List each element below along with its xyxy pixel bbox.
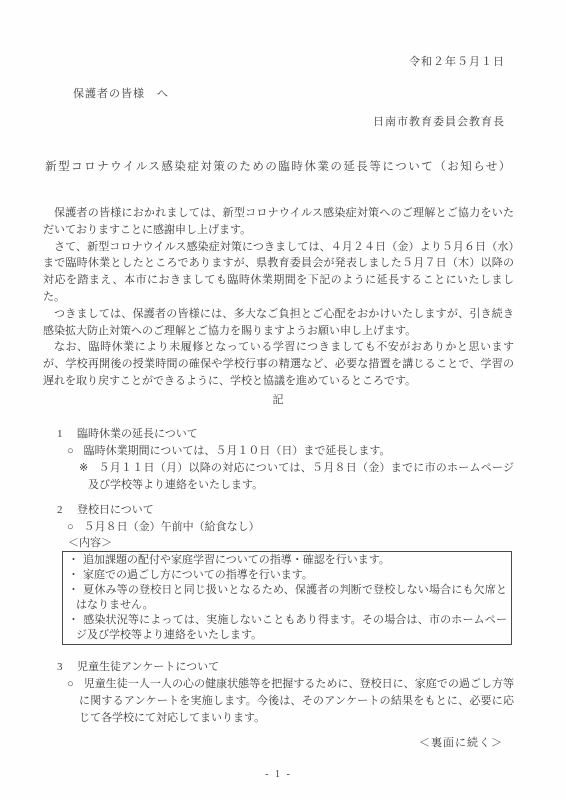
box-item: ・感染状況等によっては、実施しないこともあり得ます。その場合は、市のホームページ…: [63, 613, 507, 643]
section-attendance-day: 2登校日について ○５月８日（金）午前中（給食なし） ＜内容＞ ・追加課題の配付…: [43, 502, 514, 646]
document-title: 新型コロナウイルス感染症対策のための臨時休業の延長等について（お知らせ）: [43, 159, 514, 176]
recipient-line: 保護者の皆様 へ: [43, 86, 514, 103]
continuation-note: ＜裏面に続く＞: [43, 735, 514, 752]
date-line: 令和２年５月１日: [43, 54, 514, 71]
section-heading: 3児童生徒アンケートについて: [43, 659, 514, 676]
circle-marker: ○: [67, 445, 74, 457]
section-heading: 1臨時休業の延長について: [43, 426, 514, 443]
bullet-marker: ・: [68, 569, 79, 581]
box-item-text: 夏休み等の登校日と同じ扱いとなるため、保護者の判断で登校しない場合にも欠席とはな…: [76, 584, 507, 611]
section-number: 3: [57, 659, 77, 676]
box-item: ・夏休み等の登校日と同じ扱いとなるため、保護者の判断で登校しない場合にも欠席とは…: [63, 583, 507, 613]
document-page: 令和２年５月１日 保護者の皆様 へ 日南市教育委員会教育長 新型コロナウイルス感…: [0, 0, 566, 800]
page-number: - 1 -: [43, 766, 514, 783]
note-item-text: ５月１１日（月）以降の対応については、５月８日（金）までに市のホームページ及び学…: [88, 462, 514, 491]
section-heading-text: 登校日について: [77, 504, 154, 516]
box-item-text: 追加課題の配付や家庭学習についての指導・確認を行います。: [83, 554, 390, 566]
record-marker: 記: [43, 392, 514, 409]
note-item: ※５月１１日（月）以降の対応については、５月８日（金）までに市のホームページ及び…: [43, 460, 514, 494]
circle-marker: ○: [67, 521, 74, 533]
sender-line: 日南市教育委員会教育長: [43, 114, 514, 131]
list-item: ○児童生徒一人一人の心の健康状態等を把握するために、登校日に、家庭での過ごし方等…: [43, 676, 514, 727]
body-paragraph-3: つきましては、保護者の皆様には、多大なご負担とご心配をおかけいたしますが、引き続…: [43, 306, 514, 340]
body-paragraphs: 保護者の皆様におかれましては、新型コロナウイルス感染症対策へのご理解とご協力をい…: [43, 205, 514, 390]
bullet-marker: ・: [68, 614, 79, 626]
box-item-text: 感染状況等によっては、実施しないこともあり得ます。その場合は、市のホームページ及…: [76, 614, 507, 641]
content-box: ・追加課題の配付や家庭学習についての指導・確認を行います。 ・家庭での過ごし方に…: [62, 551, 512, 646]
list-item-text: 児童生徒一人一人の心の健康状態等を把握するために、登校日に、家庭での過ごし方等に…: [79, 678, 514, 724]
circle-marker: ○: [67, 678, 74, 690]
section-heading: 2登校日について: [43, 502, 514, 519]
body-paragraph-2: さて、新型コロナウイルス感染症対策につきましては、４月２４日（金）より５月６日（…: [43, 239, 514, 306]
list-item-text: ５月８日（金）午前中（給食なし）: [84, 521, 260, 533]
note-marker: ※: [79, 462, 88, 474]
box-item: ・追加課題の配付や家庭学習についての指導・確認を行います。: [63, 553, 507, 568]
box-item: ・家庭での過ごし方についての指導を行います。: [63, 568, 507, 583]
body-paragraph-1: 保護者の皆様におかれましては、新型コロナウイルス感染症対策へのご理解とご協力をい…: [43, 205, 514, 239]
section-number: 2: [57, 502, 77, 519]
box-item-text: 家庭での過ごし方についての指導を行います。: [83, 569, 313, 581]
section-closure-extension: 1臨時休業の延長について ○臨時休業期間については、５月１０日（日）まで延長しま…: [43, 426, 514, 494]
section-heading-text: 臨時休業の延長について: [77, 428, 198, 440]
section-heading-text: 児童生徒アンケートについて: [77, 661, 219, 673]
content-label: ＜内容＞: [43, 536, 514, 550]
bullet-marker: ・: [68, 554, 79, 566]
document-content: 令和２年５月１日 保護者の皆様 へ 日南市教育委員会教育長 新型コロナウイルス感…: [43, 0, 514, 783]
list-item: ○臨時休業期間については、５月１０日（日）まで延長します。: [43, 443, 514, 460]
body-paragraph-4: なお、臨時休業により未履修となっている学習につきましても不安がおありかと思います…: [43, 339, 514, 389]
list-item: ○５月８日（金）午前中（給食なし）: [43, 519, 514, 536]
section-number: 1: [57, 426, 77, 443]
list-item-text: 臨時休業期間については、５月１０日（日）まで延長します。: [84, 445, 391, 457]
bullet-marker: ・: [68, 584, 79, 596]
section-student-survey: 3児童生徒アンケートについて ○児童生徒一人一人の心の健康状態等を把握するために…: [43, 659, 514, 727]
